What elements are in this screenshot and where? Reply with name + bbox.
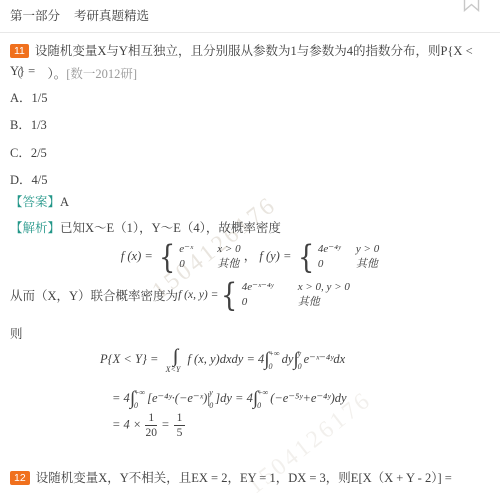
fxy-case2-cond: 其他 (298, 295, 320, 310)
fy-lhs: f (y) = (259, 249, 291, 263)
option-b-text: B．1/3 (10, 118, 47, 132)
question-12-stem: 12设随机变量X，Y不相关，且EX = 2，EY = 1，DX = 3，则E[X… (10, 468, 490, 488)
calc1-seg2: f (x, y)dxdy = 4 (187, 352, 264, 366)
calc-line-2: = 4∫+∞0[e⁻⁴ʸ·(−e⁻ˣ)|y0]dy = 4∫+∞0(−e⁻⁵ʸ+… (112, 388, 490, 410)
question-number-badge: 11 (10, 44, 29, 58)
document-page: 第一部分考研真题精选 1504126176 1504126176 11设随机变量… (0, 0, 500, 493)
header-title: 考研真题精选 (74, 9, 149, 23)
double-integral: ∫∫ X<Y (166, 346, 181, 374)
fxy-case2-expr: 0 (242, 295, 298, 310)
option-d: D．4/5 (10, 170, 490, 188)
fy-case1-cond: y > 0 (356, 242, 379, 257)
answer-label: 【答案】 (10, 195, 60, 209)
calc1-seg4: e⁻ˣ⁻⁴ʸdx (304, 352, 346, 366)
option-c: C．2/5 (10, 143, 490, 161)
fxy-lhs: f (x, y) = (178, 289, 218, 301)
question-11-stem-line2: （ ）。[数一2012研] (10, 64, 490, 84)
bookmark-icon[interactable] (463, 0, 480, 12)
integral-lower: 0 (268, 362, 279, 371)
fraction-denominator: 20 (145, 426, 157, 439)
fx-case1-expr: e⁻ˣ (179, 242, 217, 257)
calc2-seg1: = 4 (112, 391, 130, 405)
joint-density-text: 从而（X，Y）联合概率密度为 (10, 286, 178, 304)
integral-upper: +∞ (134, 388, 145, 397)
fx-lhs: f (x) = (121, 249, 153, 263)
calc1-lhs: P{X < Y} = (100, 352, 158, 366)
fx-case1-cond: x > 0 (217, 242, 240, 257)
answer-row: 【答案】A (10, 192, 490, 210)
fx-cases: { e⁻ˣx > 0 0其他 (156, 240, 241, 274)
bar-lower: 0 (209, 401, 213, 410)
question-12-text: 设随机变量X，Y不相关，且EX = 2，EY = 1，DX = 3，则E[X（X… (36, 471, 452, 485)
answer-blank: （ ）。 (10, 67, 66, 81)
fy-case2-cond: 其他 (356, 257, 378, 272)
fxy-case1-cond: x > 0, y > 0 (298, 280, 350, 295)
integral-lower: 0 (257, 401, 268, 410)
fraction-1-5: 15 (174, 412, 186, 439)
analysis-label: 【解析】 (10, 221, 60, 235)
fraction-1-20: 120 (145, 412, 157, 439)
fy-cases: { 4e⁻⁴ʸy > 0 0其他 (295, 240, 380, 274)
question-source: [数一2012研] (66, 67, 137, 81)
calc2-seg2: [e⁻⁴ʸ·(−e⁻ˣ) (147, 391, 207, 405)
option-c-text: C．2/5 (10, 146, 47, 160)
calc3-eq: = (161, 417, 169, 431)
question-number-badge: 12 (10, 471, 30, 485)
page-header: 第一部分考研真题精选 (0, 0, 500, 33)
calc-line-3: = 4 ×120=15 (112, 412, 490, 439)
joint-density-row: 从而（X，Y）联合概率密度为 f (x, y) = { 4e⁻ˣ⁻⁴ʸx > 0… (10, 278, 490, 312)
option-a: A．1/5 (10, 88, 490, 106)
fy-case1-expr: 4e⁻⁴ʸ (318, 242, 356, 257)
fx-case2-cond: 其他 (217, 257, 239, 272)
double-integral-domain: X<Y (166, 365, 181, 374)
fraction-numerator: 1 (145, 412, 157, 426)
integral-upper: y (298, 349, 302, 358)
left-brace: { (221, 278, 237, 312)
calc1-seg3: dy (282, 352, 294, 366)
left-brace: { (159, 240, 175, 274)
calc2-seg3: ]dy = 4 (215, 391, 253, 405)
calc3-seg1: = 4 × (112, 417, 141, 431)
calc-line-1: P{X < Y} = ∫∫ X<Y f (x, y)dxdy = 4∫+∞0dy… (100, 346, 490, 374)
integral-upper: +∞ (268, 349, 279, 358)
fxy-case1-expr: 4e⁻ˣ⁻⁴ʸ (242, 280, 298, 295)
answer-value: A (60, 195, 69, 209)
density-formulas: f (x) = { e⁻ˣx > 0 0其他 ， f (y) = { 4e⁻⁴ʸ… (10, 240, 490, 274)
left-brace: { (298, 240, 314, 274)
fx-case2-expr: 0 (179, 257, 217, 272)
fraction-numerator: 1 (174, 412, 186, 426)
option-b: B．1/3 (10, 115, 490, 133)
analysis-text: 已知X～E（1），Y～E（4），故概率密度 (60, 221, 281, 235)
option-d-text: D．4/5 (10, 173, 48, 187)
integral-lower: 0 (134, 401, 145, 410)
integral-lower: 0 (298, 362, 302, 371)
bar-upper: y (209, 388, 213, 397)
comma: ， (244, 249, 257, 263)
calc2-seg4: (−e⁻⁵ʸ+e⁻⁴ʸ)dy (270, 391, 346, 405)
header-section: 第一部分 (10, 9, 60, 23)
integral-upper: +∞ (257, 388, 268, 397)
fxy-cases: { 4e⁻ˣ⁻⁴ʸx > 0, y > 0 0其他 (218, 278, 349, 312)
fraction-denominator: 5 (174, 426, 186, 439)
then-word: 则 (10, 324, 490, 342)
fy-case2-expr: 0 (318, 257, 356, 272)
analysis-row: 【解析】已知X～E（1），Y～E（4），故概率密度 (10, 218, 490, 236)
option-a-text: A．1/5 (10, 91, 48, 105)
